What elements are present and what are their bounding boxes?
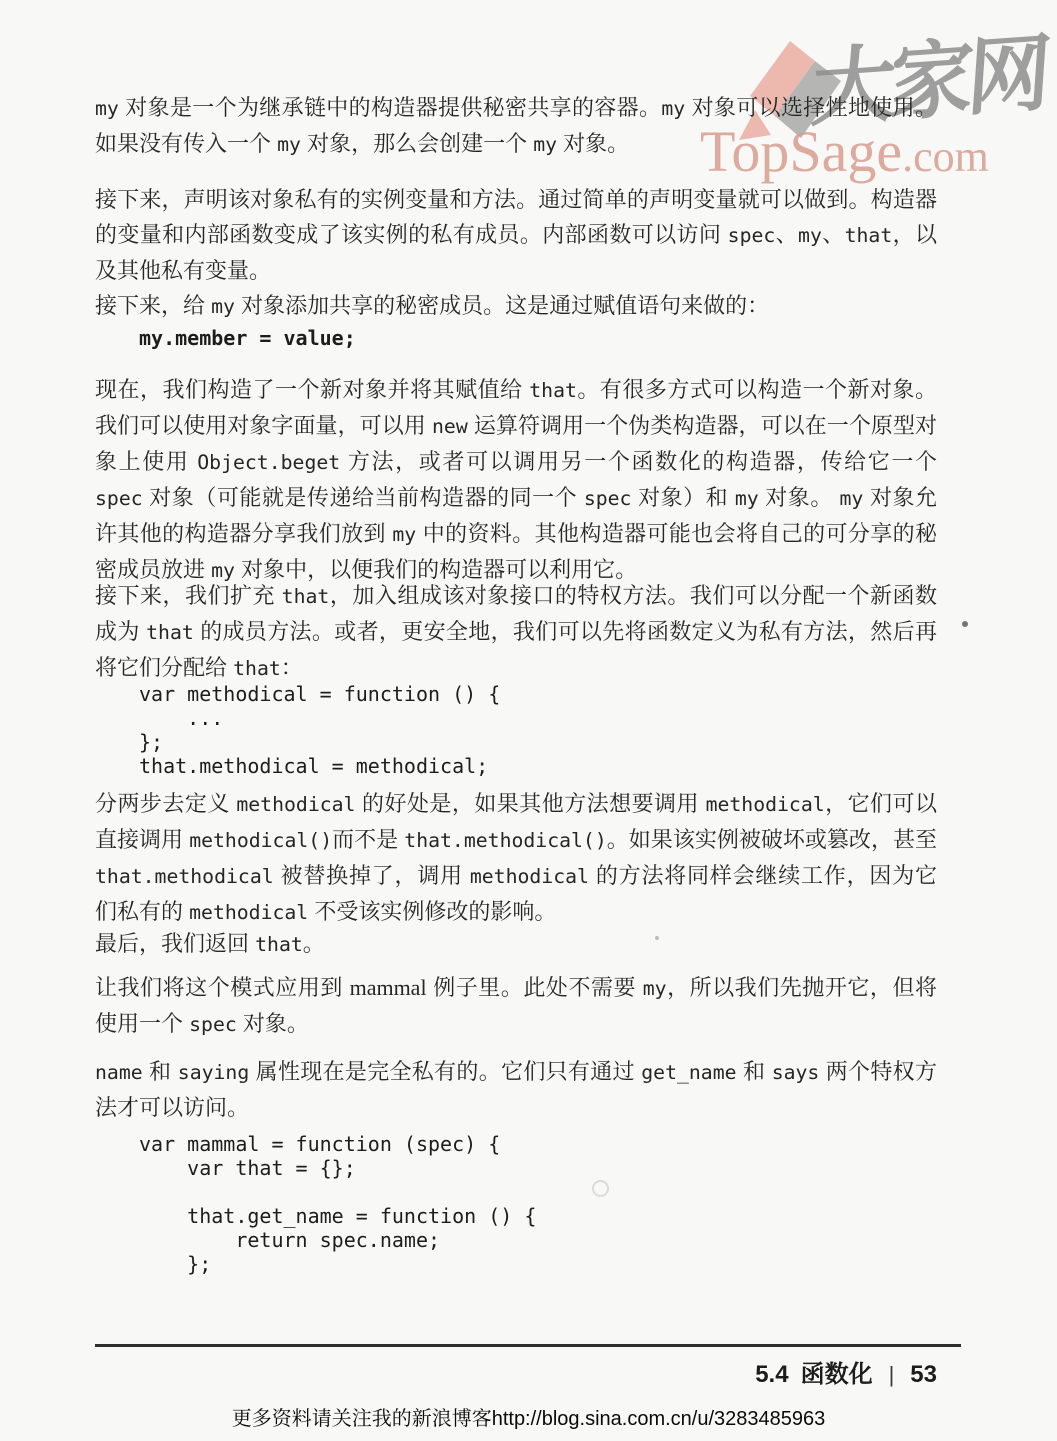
scan-dot-artifact <box>962 621 968 627</box>
footer: 5.4 函数化 | 53 <box>95 1354 937 1389</box>
paragraph-private-properties: name 和 saying 属性现在是完全私有的。它们只有通过 get_name… <box>95 1054 937 1125</box>
footer-rule <box>95 1344 961 1347</box>
paragraph-my-object: my 对象是一个为继承链中的构造器提供秘密共享的容器。my 对象可以选择性地使用… <box>95 90 937 162</box>
scanned-page: 大家网 TopSage.com my 对象是一个为继承链中的构造器提供秘密共享的… <box>0 0 1057 1441</box>
paragraph-construct-new-object: 现在，我们构造了一个新对象并将其赋值给 that。有很多方式可以构造一个新对象。… <box>95 372 937 588</box>
blog-note: 更多资料请关注我的新浪博客http://blog.sina.com.cn/u/3… <box>0 1402 1057 1431</box>
footer-section-number: 5.4 <box>755 1361 788 1389</box>
code-methodical-definition: var methodical = function () { ... }; th… <box>139 682 500 778</box>
code-mammal-constructor: var mammal = function (spec) { var that … <box>139 1132 536 1276</box>
scan-ring-artifact <box>592 1180 609 1197</box>
paragraph-augment-that: 接下来，我们扩充 that，加入组成该对象接口的特权方法。我们可以分配一个新函数… <box>95 578 937 686</box>
footer-separator: | <box>873 1362 911 1388</box>
paragraph-return-that: 最后，我们返回 that。 <box>95 926 937 962</box>
footer-page-number: 53 <box>910 1361 937 1389</box>
footer-section-title: 函数化 <box>801 1354 873 1389</box>
paragraph-shared-secrets: 接下来，给 my 对象添加共享的秘密成员。这是通过赋值语句来做的： <box>95 288 937 324</box>
paragraph-two-step-benefit: 分两步去定义 methodical 的好处是，如果其他方法想要调用 method… <box>95 786 937 930</box>
code-member-assignment: my.member = value; <box>139 326 356 350</box>
paragraph-private-members: 接下来，声明该对象私有的实例变量和方法。通过简单的声明变量就可以做到。构造器的变… <box>95 182 937 288</box>
paragraph-apply-to-mammal: 让我们将这个模式应用到 mammal 例子里。此处不需要 my，所以我们先抛开它… <box>95 970 937 1042</box>
scan-speck-artifact <box>655 936 659 940</box>
